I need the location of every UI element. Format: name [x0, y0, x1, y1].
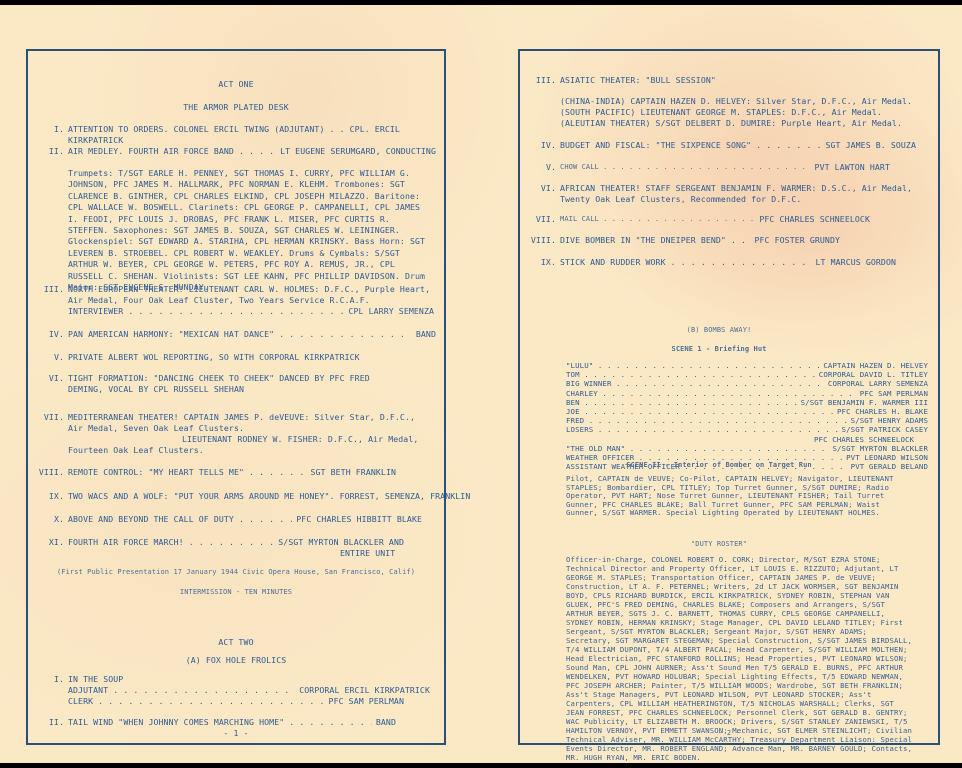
program-sheet: ACT ONE THE ARMOR PLATED DESK I. ATTENTI… — [0, 5, 962, 763]
scene-1-title: SCENE 1 - Briefing Hut — [500, 344, 938, 355]
page-number: - 1 - — [28, 728, 444, 739]
act-two-title: ACT TWO — [28, 637, 444, 648]
cast-row: BIG WINNERCORPORAL LARRY SEMENZA — [566, 379, 928, 388]
cast-list: "LULU"CAPTAIN HAZEN D. HELVEY TOMCORPORA… — [566, 361, 928, 471]
section-b-title: (B) BOMBS AWAY! — [500, 325, 938, 336]
first-presentation-note: (First Public Presentation 17 January 19… — [28, 567, 444, 578]
cast-row: "LULU"CAPTAIN HAZEN D. HELVEY — [566, 361, 928, 370]
act-one-title: ACT ONE — [28, 79, 444, 90]
act-one-subtitle: THE ARMOR PLATED DESK — [28, 102, 444, 113]
cast-row: "THE OLD MAN"S/SGT MYRTON BLACKLER — [566, 444, 928, 453]
duty-roster-title: "DUTY ROSTER" — [500, 539, 938, 550]
cast-row: TOMCORPORAL DAVID L. TITLEY — [566, 370, 928, 379]
program-page-2: III. ASIATIC THEATER: "BULL SESSION" (CH… — [518, 49, 940, 745]
act-two-subtitle: (A) FOX HOLE FROLICS — [28, 655, 444, 666]
role-line: ADJUTANT CORPORAL ERCIL KIRKPATRICK — [68, 685, 430, 696]
cast-row: CHARLEYPFC SAM PERLMAN — [566, 389, 928, 398]
intermission-note: INTERMISSION - TEN MINUTES — [28, 587, 444, 598]
role-line: CLERK PFC SAM PERLMAN — [68, 696, 404, 707]
cast-row-continuation: PFC CHARLES SCHNEELOCK — [566, 435, 928, 444]
scene-2-text: Pilot, CAPTAIN de VEUVE; Co-Pilot, CAPTA… — [566, 475, 916, 518]
cast-row: FREDS/SGT HENRY ADAMS — [566, 416, 928, 425]
page-number: - 2 - — [520, 728, 938, 739]
cast-row: JOEPFC CHARLES H. BLAKE — [566, 407, 928, 416]
interviewer-line: INTERVIEWER CPL LARRY SEMENZA — [68, 306, 434, 317]
scene-2-title: SCENE II - Interior of Bomber on Target … — [500, 460, 938, 471]
cast-row: BENS/SGT BENJAMIN F. WARMER III — [566, 398, 928, 407]
cast-row: LOSERSS/SGT PATRICK CASEY — [566, 425, 928, 434]
band-roster: Trumpets: T/SGT EARLE H. PENNEY, SGT THO… — [68, 168, 434, 293]
program-page-1: ACT ONE THE ARMOR PLATED DESK I. ATTENTI… — [26, 49, 446, 745]
